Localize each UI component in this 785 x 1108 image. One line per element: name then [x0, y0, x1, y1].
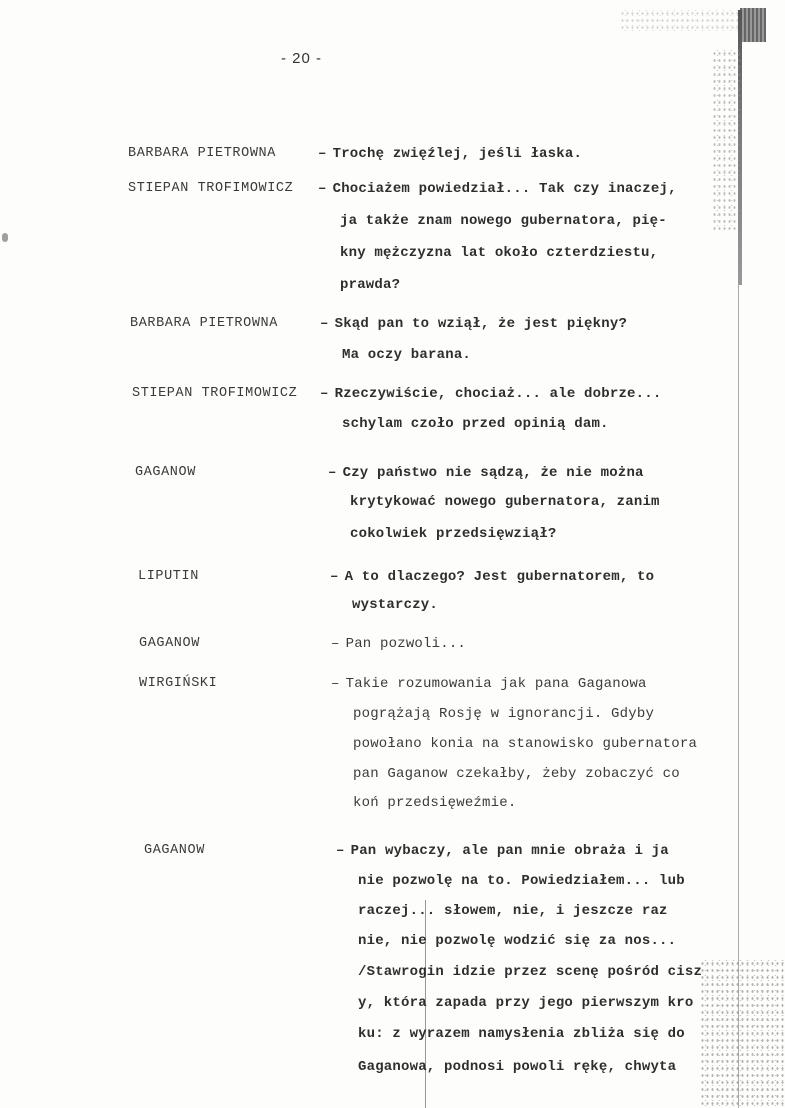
dialogue-line: krytykować nowego gubernatora, zanim: [350, 494, 660, 510]
dialogue-line-first: –Trochę zwięźlej, jeśli łaska.: [318, 146, 582, 162]
speaker-name: BARBARA PIETROWNA: [128, 146, 276, 162]
dialogue-line: pogrążają Rosję w ignorancji. Gdyby: [353, 706, 654, 722]
dialogue-dash: –: [331, 676, 340, 692]
speaker-name: STIEPAN TROFIMOWICZ: [132, 386, 297, 402]
speaker-name: GAGANOW: [144, 843, 205, 859]
dialogue-line-first: –A to dlaczego? Jest gubernatorem, to: [330, 569, 654, 585]
dialogue-dash: –: [320, 316, 329, 332]
dialogue-line: y, która zapada przy jego pierwszym kro: [358, 995, 693, 1011]
dialogue-line: /Stawrogin idzie przez scenę pośród cisz: [358, 964, 702, 980]
dialogue-dash: –: [330, 569, 339, 585]
scan-noise: [712, 50, 742, 230]
dialogue-line: schylam czoło przed opinią dam.: [342, 416, 609, 432]
speaker-name: LIPUTIN: [138, 569, 199, 585]
dialogue-dash: –: [318, 181, 327, 197]
dialogue-line: Gaganowa, podnosi powoli rękę, chwyta: [358, 1059, 676, 1075]
page-number: - 20 -: [281, 50, 322, 67]
dialogue-line-first: –Takie rozumowania jak pana Gaganowa: [331, 676, 647, 692]
dialogue-dash: –: [318, 146, 327, 162]
dialogue-dash: –: [336, 843, 345, 859]
scan-noise: [700, 960, 785, 1108]
dialogue-text: Czy państwo nie sądzą, że nie można: [343, 465, 644, 481]
dialogue-line: raczej... słowem, nie, i jeszcze raz: [358, 903, 668, 919]
speaker-name: BARBARA PIETROWNA: [130, 316, 278, 332]
dialogue-line-first: –Skąd pan to wziął, że jest piękny?: [320, 316, 627, 332]
dialogue-line: Ma oczy barana.: [342, 347, 471, 363]
dialogue-line-first: –Pan wybaczy, ale pan mnie obraża i ja: [336, 843, 669, 859]
speaker-name: WIRGIŃSKI: [139, 676, 217, 692]
scanned-page: - 20 - BARBARA PIETROWNA–Trochę zwięźlej…: [0, 0, 785, 1108]
punch-hole-mark: [2, 233, 8, 242]
dialogue-line: pan Gaganow czekałby, żeby zobaczyć co: [353, 766, 680, 782]
dialogue-line: cokolwiek przedsięwziął?: [350, 526, 556, 542]
scan-edge-artifact: [740, 8, 766, 42]
dialogue-line: kny mężczyzna lat około czterdziestu,: [340, 245, 658, 261]
dialogue-line-first: –Rzeczywiście, chociaż... ale dobrze...: [320, 386, 661, 402]
speaker-name: STIEPAN TROFIMOWICZ: [128, 181, 293, 197]
dialogue-dash: –: [328, 465, 337, 481]
dialogue-text: Rzeczywiście, chociaż... ale dobrze...: [335, 386, 662, 402]
dialogue-text: Skąd pan to wziął, że jest piękny?: [335, 316, 627, 332]
speaker-name: GAGANOW: [135, 465, 196, 481]
dialogue-text: A to dlaczego? Jest gubernatorem, to: [345, 569, 655, 585]
dialogue-text: Pan pozwoli...: [346, 636, 466, 652]
dialogue-line-first: –Czy państwo nie sądzą, że nie można: [328, 465, 644, 481]
dialogue-line: powołano konia na stanowisko gubernatora: [353, 736, 697, 752]
scan-noise: [620, 10, 738, 32]
dialogue-dash: –: [320, 386, 329, 402]
speaker-name: GAGANOW: [139, 636, 200, 652]
dialogue-text: Chociażem powiedział... Tak czy inaczej,: [333, 181, 677, 197]
dialogue-line: koń przedsięweźmie.: [353, 795, 516, 811]
dialogue-line: nie pozwolę na to. Powiedziałem... lub: [358, 873, 685, 889]
dialogue-text: Takie rozumowania jak pana Gaganowa: [346, 676, 647, 692]
dialogue-dash: –: [331, 636, 340, 652]
dialogue-line: wystarczy.: [352, 597, 438, 613]
dialogue-line: ja także znam nowego gubernatora, pię-: [340, 213, 667, 229]
dialogue-text: Pan wybaczy, ale pan mnie obraża i ja: [351, 843, 669, 859]
dialogue-line-first: –Chociażem powiedział... Tak czy inaczej…: [318, 181, 677, 197]
dialogue-text: Trochę zwięźlej, jeśli łaska.: [333, 146, 582, 162]
dialogue-line: nie, nie pozwolę wodzić się za nos...: [358, 933, 676, 949]
dialogue-line-first: –Pan pozwoli...: [331, 636, 466, 652]
dialogue-line: ku: z wyrazem namysłenia zbliża się do: [358, 1026, 685, 1042]
dialogue-line: prawda?: [340, 277, 400, 293]
